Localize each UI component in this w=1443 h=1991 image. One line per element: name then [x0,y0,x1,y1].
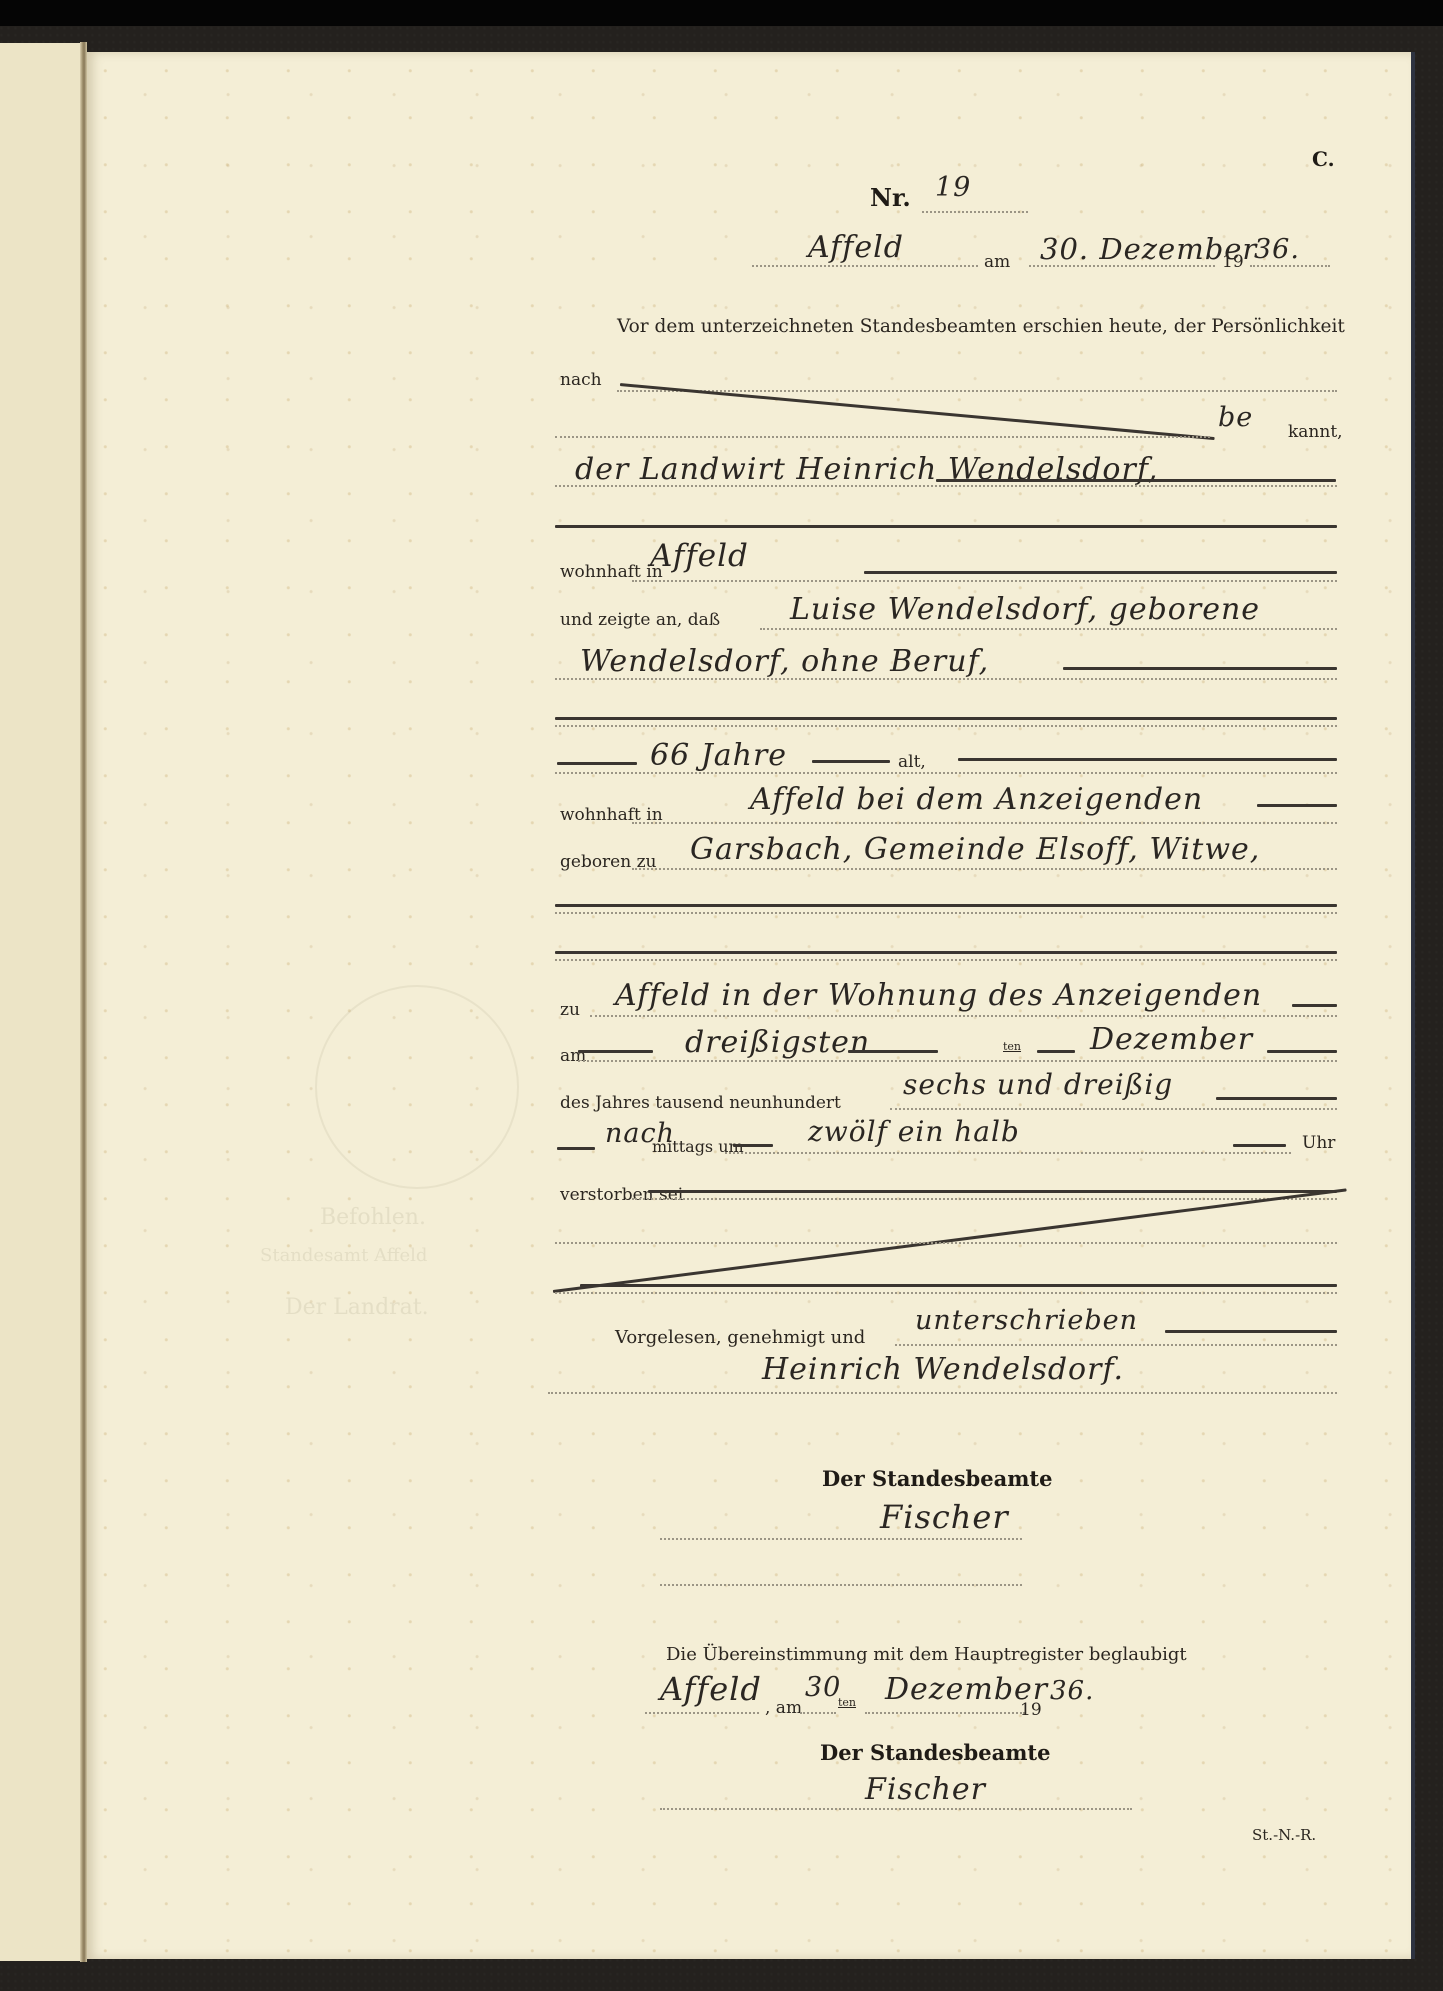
cert-signature: Fischer [865,1772,986,1807]
deceased-residence: Affeld bei dem Anzeigenden [750,782,1203,817]
cert-year-prefix: 19 [1020,1700,1042,1720]
dotted-line [555,912,1337,914]
dotted-line [645,1712,759,1714]
jahres-label: des Jahres tausend neunhundert [560,1093,841,1113]
year-suffix: 36. [1254,234,1300,265]
fill-line [1037,1050,1075,1053]
fill-line [1216,1097,1337,1100]
fill-line [733,1144,773,1147]
death-year-value: sechs und dreißig [903,1068,1173,1101]
dotted-line [800,1712,836,1714]
fill-line [580,1284,1337,1287]
nr-label: Nr. [870,183,911,212]
deceased-name-line2: Wendelsdorf, ohne Beruf, [580,644,989,679]
form-code: St.-N.-R. [1252,1826,1316,1844]
place-value: Affeld [808,230,904,265]
informant-residence: Affeld [650,538,749,574]
year-prefix: 19 [1222,252,1244,272]
death-day-value: dreißigsten [685,1025,870,1060]
fill-line [936,479,1336,482]
fill-line [958,758,1337,761]
cert-place-value: Affeld [660,1670,762,1708]
uhr-label: Uhr [1302,1133,1335,1153]
fill-line [1233,1144,1286,1147]
dotted-line [548,1392,1337,1394]
dotted-line [590,1015,1337,1017]
verstorben-label: verstorben sei [560,1185,683,1205]
fill-line [557,762,637,765]
dotted-line [632,868,1337,870]
am-label-2: am [560,1046,586,1066]
dotted-line [752,265,978,267]
zeigte-an-label: und zeigte an, daß [560,610,720,630]
dotted-line [660,1584,1022,1586]
bekannt-printed: kannt, [1288,422,1343,442]
death-month-value: Dezember [1090,1022,1253,1057]
bekannt-handwritten: be [1218,402,1253,433]
dotted-line [922,211,1028,213]
page-right-edge [1411,52,1415,1959]
cert-day-value: 30 [805,1672,841,1703]
deceased-name-line1: Luise Wendelsdorf, geborene [790,592,1260,627]
dotted-line [660,1538,1022,1540]
fill-line [555,525,1337,528]
registrar-signature: Fischer [880,1498,1009,1536]
dotted-line [555,772,1337,774]
dotted-line [890,1108,1337,1110]
age-value: 66 Jahre [650,738,787,773]
dotted-line [725,1152,1291,1154]
cert-registrar-title: Der Standesbeamte [820,1740,1051,1765]
window-title-bar: /Abt_Ostwestfalen-Lippe/P6/P6-25/~001/P6… [0,0,1443,26]
certification-text: Die Übereinstimmung mit dem Hauptregiste… [666,1644,1187,1665]
fill-line [812,760,890,763]
fill-line [1267,1050,1337,1053]
death-place-value: Affeld in der Wohnung des Anzeigenden [615,978,1262,1013]
book-binding-seam [80,42,87,1962]
bleed-through-text: Der Landrat. [285,1295,429,1320]
fill-line [1165,1330,1337,1333]
fill-line [1257,804,1337,807]
fill-line [1292,1004,1337,1007]
fill-line [848,1050,938,1053]
vorgelesen-label: Vorgelesen, genehmigt und [615,1327,865,1348]
registrar-title: Der Standesbeamte [822,1466,1053,1491]
zu-label: zu [560,1000,580,1020]
cert-year-suffix: 36. [1050,1676,1094,1706]
ten-label: ten [1003,1040,1021,1053]
dotted-line [632,822,1337,824]
bleed-through-text: Standesamt Affeld [260,1245,427,1266]
fill-line [1063,667,1337,670]
cert-ten-label: ten [838,1696,856,1709]
wohnhaft-label: wohnhaft in [560,562,663,582]
record-number: 19 [935,172,971,203]
fill-line [555,951,1337,954]
dotted-line [555,678,1337,680]
dotted-line [632,580,1337,582]
dotted-line [865,1712,1025,1714]
fill-line [648,1190,1337,1193]
dotted-line [1250,265,1330,267]
birthplace-value: Garsbach, Gemeinde Elsoff, Witwe, [690,832,1260,867]
bleed-through-seal [315,985,519,1189]
fill-line [864,571,1337,574]
am-label: am [984,252,1010,272]
dotted-line [555,725,1337,727]
dotted-line [1029,265,1215,267]
dotted-line [895,1344,1337,1346]
fill-line [557,1147,595,1150]
intro-text: Vor dem unterzeichneten Standesbeamten e… [617,316,1345,337]
form-letter: C. [1312,147,1335,171]
death-time-value: zwölf ein halb [808,1115,1020,1148]
dotted-line [578,1060,1337,1062]
cert-am-label: , am [765,1698,802,1718]
dotted-line [555,959,1337,961]
fill-line [555,904,1337,907]
dotted-line [555,1292,1337,1294]
dotted-line [632,1198,1337,1200]
dotted-line [660,1808,1132,1810]
dotted-line [555,1242,1337,1244]
nach-label: nach [560,370,602,390]
dotted-line [555,485,1337,487]
dotted-line [760,628,1337,630]
fill-line [555,717,1337,720]
unterschrieben-value: unterschrieben [915,1305,1138,1336]
dotted-line [555,436,1210,438]
informant-signature: Heinrich Wendelsdorf. [762,1352,1124,1387]
bleed-through-text: Befohlen. [320,1205,426,1230]
alt-label: alt, [898,752,926,772]
fill-line [578,1050,653,1053]
facing-page-edge [0,43,83,1961]
